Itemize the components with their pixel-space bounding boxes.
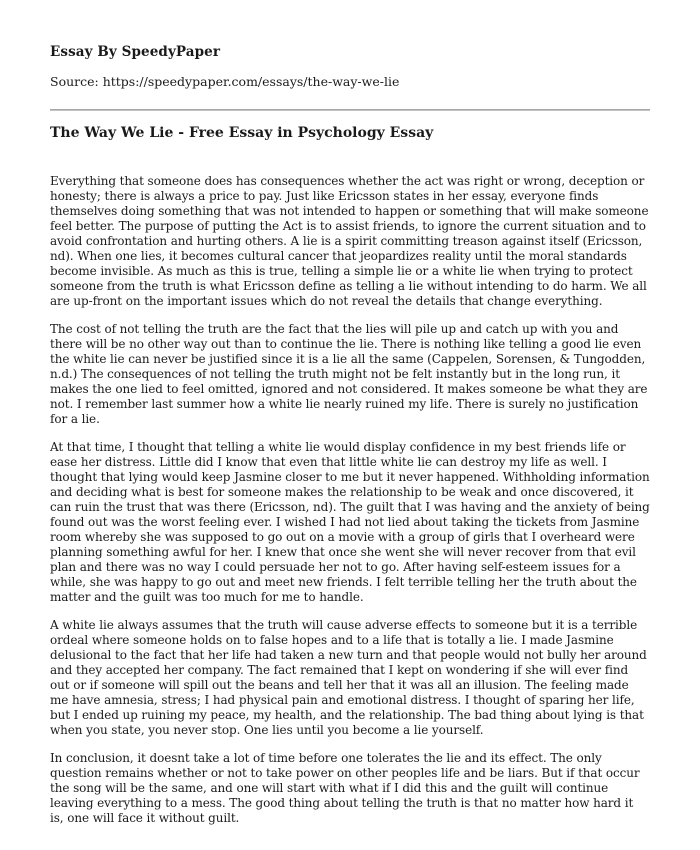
essay-paragraph-2: The cost of not telling the truth are th…: [50, 322, 650, 427]
document-header: Essay By SpeedyPaper: [50, 44, 650, 61]
essay-title: The Way We Lie - Free Essay in Psycholog…: [50, 124, 650, 142]
essay-paragraph-1: Everything that someone does has consequ…: [50, 174, 650, 309]
essay-document: Essay By SpeedyPaper Source: https://spe…: [0, 0, 700, 850]
essay-paragraph-3: At that time, I thought that telling a w…: [50, 440, 650, 605]
essay-paragraph-4: A white lie always assumes that the trut…: [50, 618, 650, 738]
essay-paragraph-5: In conclusion, it doesnt take a lot of t…: [50, 751, 650, 826]
divider: [50, 109, 650, 111]
source-url: Source: https://speedypaper.com/essays/t…: [50, 74, 650, 90]
